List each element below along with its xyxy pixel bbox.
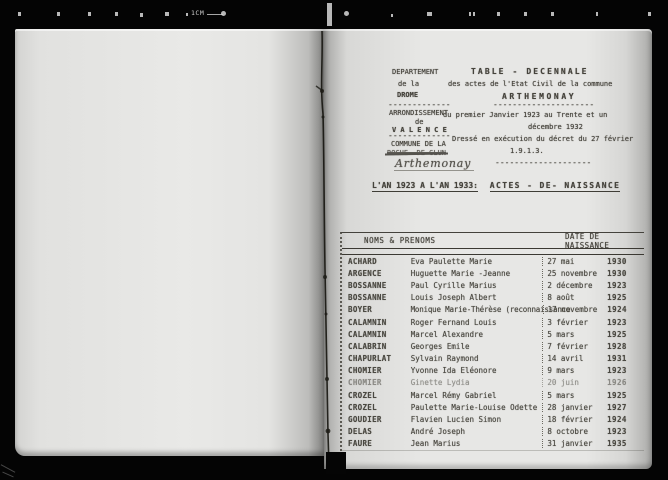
film-mark xyxy=(391,14,393,17)
commune-label: COMMUNE DE LA xyxy=(391,140,446,148)
birth-date-cell: 27 mai xyxy=(542,257,607,266)
departement-label: DEPARTEMENT xyxy=(392,68,438,76)
birth-year-cell: 1930 xyxy=(607,257,644,266)
film-mark xyxy=(165,12,169,16)
given-names-cell: Paulette Marie-Louise Odette xyxy=(411,403,543,412)
film-mark xyxy=(186,13,188,16)
surname-cell: FAURE xyxy=(342,439,411,448)
birth-year-cell: 1926 xyxy=(607,378,644,387)
surname-cell: CALAMNIN xyxy=(342,330,411,339)
birth-year-cell: 1925 xyxy=(607,391,644,400)
surname-cell: CALABRIN xyxy=(342,342,411,351)
birth-year-cell: 1923 xyxy=(607,427,644,436)
table-row: CALAMNINRoger Fernand Louis3 février1923 xyxy=(342,316,644,328)
birth-date-cell: 2 décembre xyxy=(542,281,607,290)
film-mark xyxy=(648,12,651,16)
film-mark xyxy=(57,12,60,16)
given-names-cell: Jean Marius xyxy=(411,439,543,448)
given-names-cell: Marcel Alexandre xyxy=(411,330,543,339)
birth-year-cell: 1931 xyxy=(607,354,644,363)
surname-cell: BOYER xyxy=(342,305,411,314)
birth-year-cell: 1925 xyxy=(607,330,644,339)
birth-year-cell: 1923 xyxy=(607,366,644,375)
header-date-naissance: DATE DE NAISSANCE xyxy=(565,232,644,250)
given-names-cell: Roger Fernand Louis xyxy=(411,318,543,327)
ruler-scale-label: 1CM xyxy=(191,9,204,17)
birth-year-cell: 1928 xyxy=(607,342,644,351)
acts-title: L'AN 1923 A L'AN 1933: ACTES - DE- NAISS… xyxy=(372,181,620,190)
commune-handwritten-annotation: Arthemonay xyxy=(394,157,474,170)
surname-cell: ACHARD xyxy=(342,257,411,266)
birth-date-cell: 14 avril xyxy=(542,354,607,363)
table-rows: ACHARDEva Paulette Marie27 mai1930ARGENC… xyxy=(342,255,644,451)
birth-date-cell: 31 janvier xyxy=(542,439,607,448)
arrondissement-de: de xyxy=(415,118,423,126)
birth-date-cell: 18 février xyxy=(542,415,607,424)
surname-cell: CHOMIER xyxy=(342,366,411,375)
birth-year-cell: 1923 xyxy=(607,281,644,290)
separator: ------------- xyxy=(388,131,451,140)
given-names-cell: Louis Joseph Albert xyxy=(411,293,543,302)
birth-date-cell: 7 février xyxy=(542,342,607,351)
commune-name-crossed-out: ROCHE -DE-GLUN xyxy=(387,149,446,157)
table-decennale-title: TABLE - DECENNALE xyxy=(471,67,589,76)
film-mark xyxy=(115,12,118,16)
period-line-1: du premier Janvier 1923 au Trente et un xyxy=(443,111,607,119)
given-names-cell: Ginette Lydia xyxy=(411,378,543,387)
birth-date-cell: 17 novembre xyxy=(543,305,608,314)
handwriting-arthemonay: Arthemonay xyxy=(394,157,474,171)
table-row: ACHARDEva Paulette Marie27 mai1930 xyxy=(342,255,644,267)
film-mark xyxy=(18,12,21,16)
departement-de-la: de la xyxy=(398,80,419,88)
table-row: FAUREJean Marius31 janvier1935 xyxy=(342,438,644,450)
table-row: DELASAndré Joseph8 octobre1923 xyxy=(342,426,644,438)
register-table: NOMS & PRENOMS DATE DE NAISSANCE ACHARDE… xyxy=(340,232,644,451)
table-row: CROZELMarcel Rémy Gabriel5 mars1925 xyxy=(342,389,644,401)
header-noms-prenoms: NOMS & PRENOMS xyxy=(342,236,565,245)
surname-cell: DELAS xyxy=(342,427,411,436)
film-mark xyxy=(140,13,143,17)
birth-date-cell: 25 novembre xyxy=(542,269,607,278)
departement-name: DROME xyxy=(397,91,418,99)
film-mark xyxy=(596,12,598,16)
film-gutter-notch xyxy=(326,452,346,474)
separator: ------------- xyxy=(388,100,451,109)
birth-date-cell: 9 mars xyxy=(542,366,607,375)
film-mark xyxy=(497,12,500,16)
table-row: CHOMIERGinette Lydia20 juin1926 xyxy=(342,377,644,389)
table-row: BOYERMonique Marie-Thérèse (reconnaissan… xyxy=(342,304,644,316)
birth-year-cell: 1924 xyxy=(607,415,644,424)
table-row: BOSSANNELouis Joseph Albert8 août1925 xyxy=(342,292,644,304)
birth-date-cell: 3 février xyxy=(542,318,607,327)
birth-date-cell: 8 octobre xyxy=(542,427,607,436)
decree-line-1: Dressé en exécution du décret du 27 févr… xyxy=(452,135,633,143)
birth-date-cell: 5 mars xyxy=(542,391,607,400)
birth-date-cell: 5 mars xyxy=(542,330,607,339)
right-page-document: DEPARTEMENT de la DROME ------------- AR… xyxy=(324,29,652,469)
surname-cell: CHAPURLAT xyxy=(342,354,411,363)
given-names-cell: Sylvain Raymond xyxy=(411,354,543,363)
film-mark xyxy=(427,12,432,16)
film-frame-bar xyxy=(327,3,332,26)
film-mark xyxy=(473,12,475,16)
surname-cell: CROZEL xyxy=(342,403,411,412)
film-mark xyxy=(551,12,554,16)
table-row: ARGENCEHuguette Marie -Jeanne25 novembre… xyxy=(342,267,644,279)
table-row: CALABRINGeorges Emile7 février1928 xyxy=(342,340,644,352)
left-page-blank xyxy=(15,29,324,456)
separator: -------------------- xyxy=(495,158,591,167)
birth-date-cell: 20 juin xyxy=(542,378,607,387)
given-names-cell: Marcel Rémy Gabriel xyxy=(411,391,543,400)
table-row: CHAPURLATSylvain Raymond14 avril1931 xyxy=(342,353,644,365)
given-names-cell: Yvonne Ida Eléonore xyxy=(411,366,543,375)
film-mark xyxy=(221,11,226,16)
birth-year-cell: 1935 xyxy=(607,439,644,448)
birth-date-cell: 28 janvier xyxy=(542,403,607,412)
table-row: CHOMIERYvonne Ida Eléonore9 mars1923 xyxy=(342,365,644,377)
birth-year-cell: 1930 xyxy=(607,269,644,278)
surname-cell: CALAMNIN xyxy=(342,318,411,327)
film-mark xyxy=(524,12,527,16)
given-names-cell: Huguette Marie -Jeanne xyxy=(411,269,543,278)
table-row: CALAMNINMarcel Alexandre5 mars1925 xyxy=(342,328,644,340)
given-names-cell: Monique Marie-Thérèse (reconnaissance xyxy=(411,305,543,314)
birth-year-cell: 1927 xyxy=(607,403,644,412)
decree-line-2: 1.9.1.3. xyxy=(510,147,544,155)
table-header-row: NOMS & PRENOMS DATE DE NAISSANCE xyxy=(342,233,644,248)
surname-cell: BOSSANNE xyxy=(342,293,411,302)
acts-title-type: ACTES - DE- NAISSANCE xyxy=(490,181,621,192)
table-row: BOSSANNEPaul Cyrille Marius2 décembre192… xyxy=(342,279,644,291)
film-scratch xyxy=(2,472,13,478)
given-names-cell: Paul Cyrille Marius xyxy=(411,281,543,290)
given-names-cell: Eva Paulette Marie xyxy=(411,257,543,266)
birth-year-cell: 1924 xyxy=(607,305,644,314)
given-names-cell: André Joseph xyxy=(411,427,543,436)
arrondissement-label: ARRONDISSEMENT xyxy=(389,109,448,117)
given-names-cell: Flavien Lucien Simon xyxy=(411,415,543,424)
separator: --------------------- xyxy=(493,100,594,109)
acts-title-years: L'AN 1923 A L'AN 1933: xyxy=(372,181,478,192)
surname-cell: CHOMIER xyxy=(342,378,411,387)
table-row: CROZELPaulette Marie-Louise Odette28 jan… xyxy=(342,401,644,413)
birth-date-cell: 8 août xyxy=(542,293,607,302)
film-mark xyxy=(469,12,471,16)
title-subtitle: des actes de l'Etat Civil de la commune xyxy=(448,80,612,88)
microfilm-frame: 1CM DEPARTEMENT de la DROME ------------… xyxy=(0,0,668,480)
given-names-cell: Georges Emile xyxy=(411,342,543,351)
surname-cell: CROZEL xyxy=(342,391,411,400)
birth-year-cell: 1923 xyxy=(607,318,644,327)
surname-cell: GOUDIER xyxy=(342,415,411,424)
film-mark xyxy=(88,12,91,16)
surname-cell: ARGENCE xyxy=(342,269,411,278)
table-row: GOUDIERFlavien Lucien Simon18 février192… xyxy=(342,413,644,425)
surname-cell: BOSSANNE xyxy=(342,281,411,290)
film-mark xyxy=(344,11,349,16)
birth-year-cell: 1925 xyxy=(607,293,644,302)
period-line-2: décembre 1932 xyxy=(528,123,583,131)
